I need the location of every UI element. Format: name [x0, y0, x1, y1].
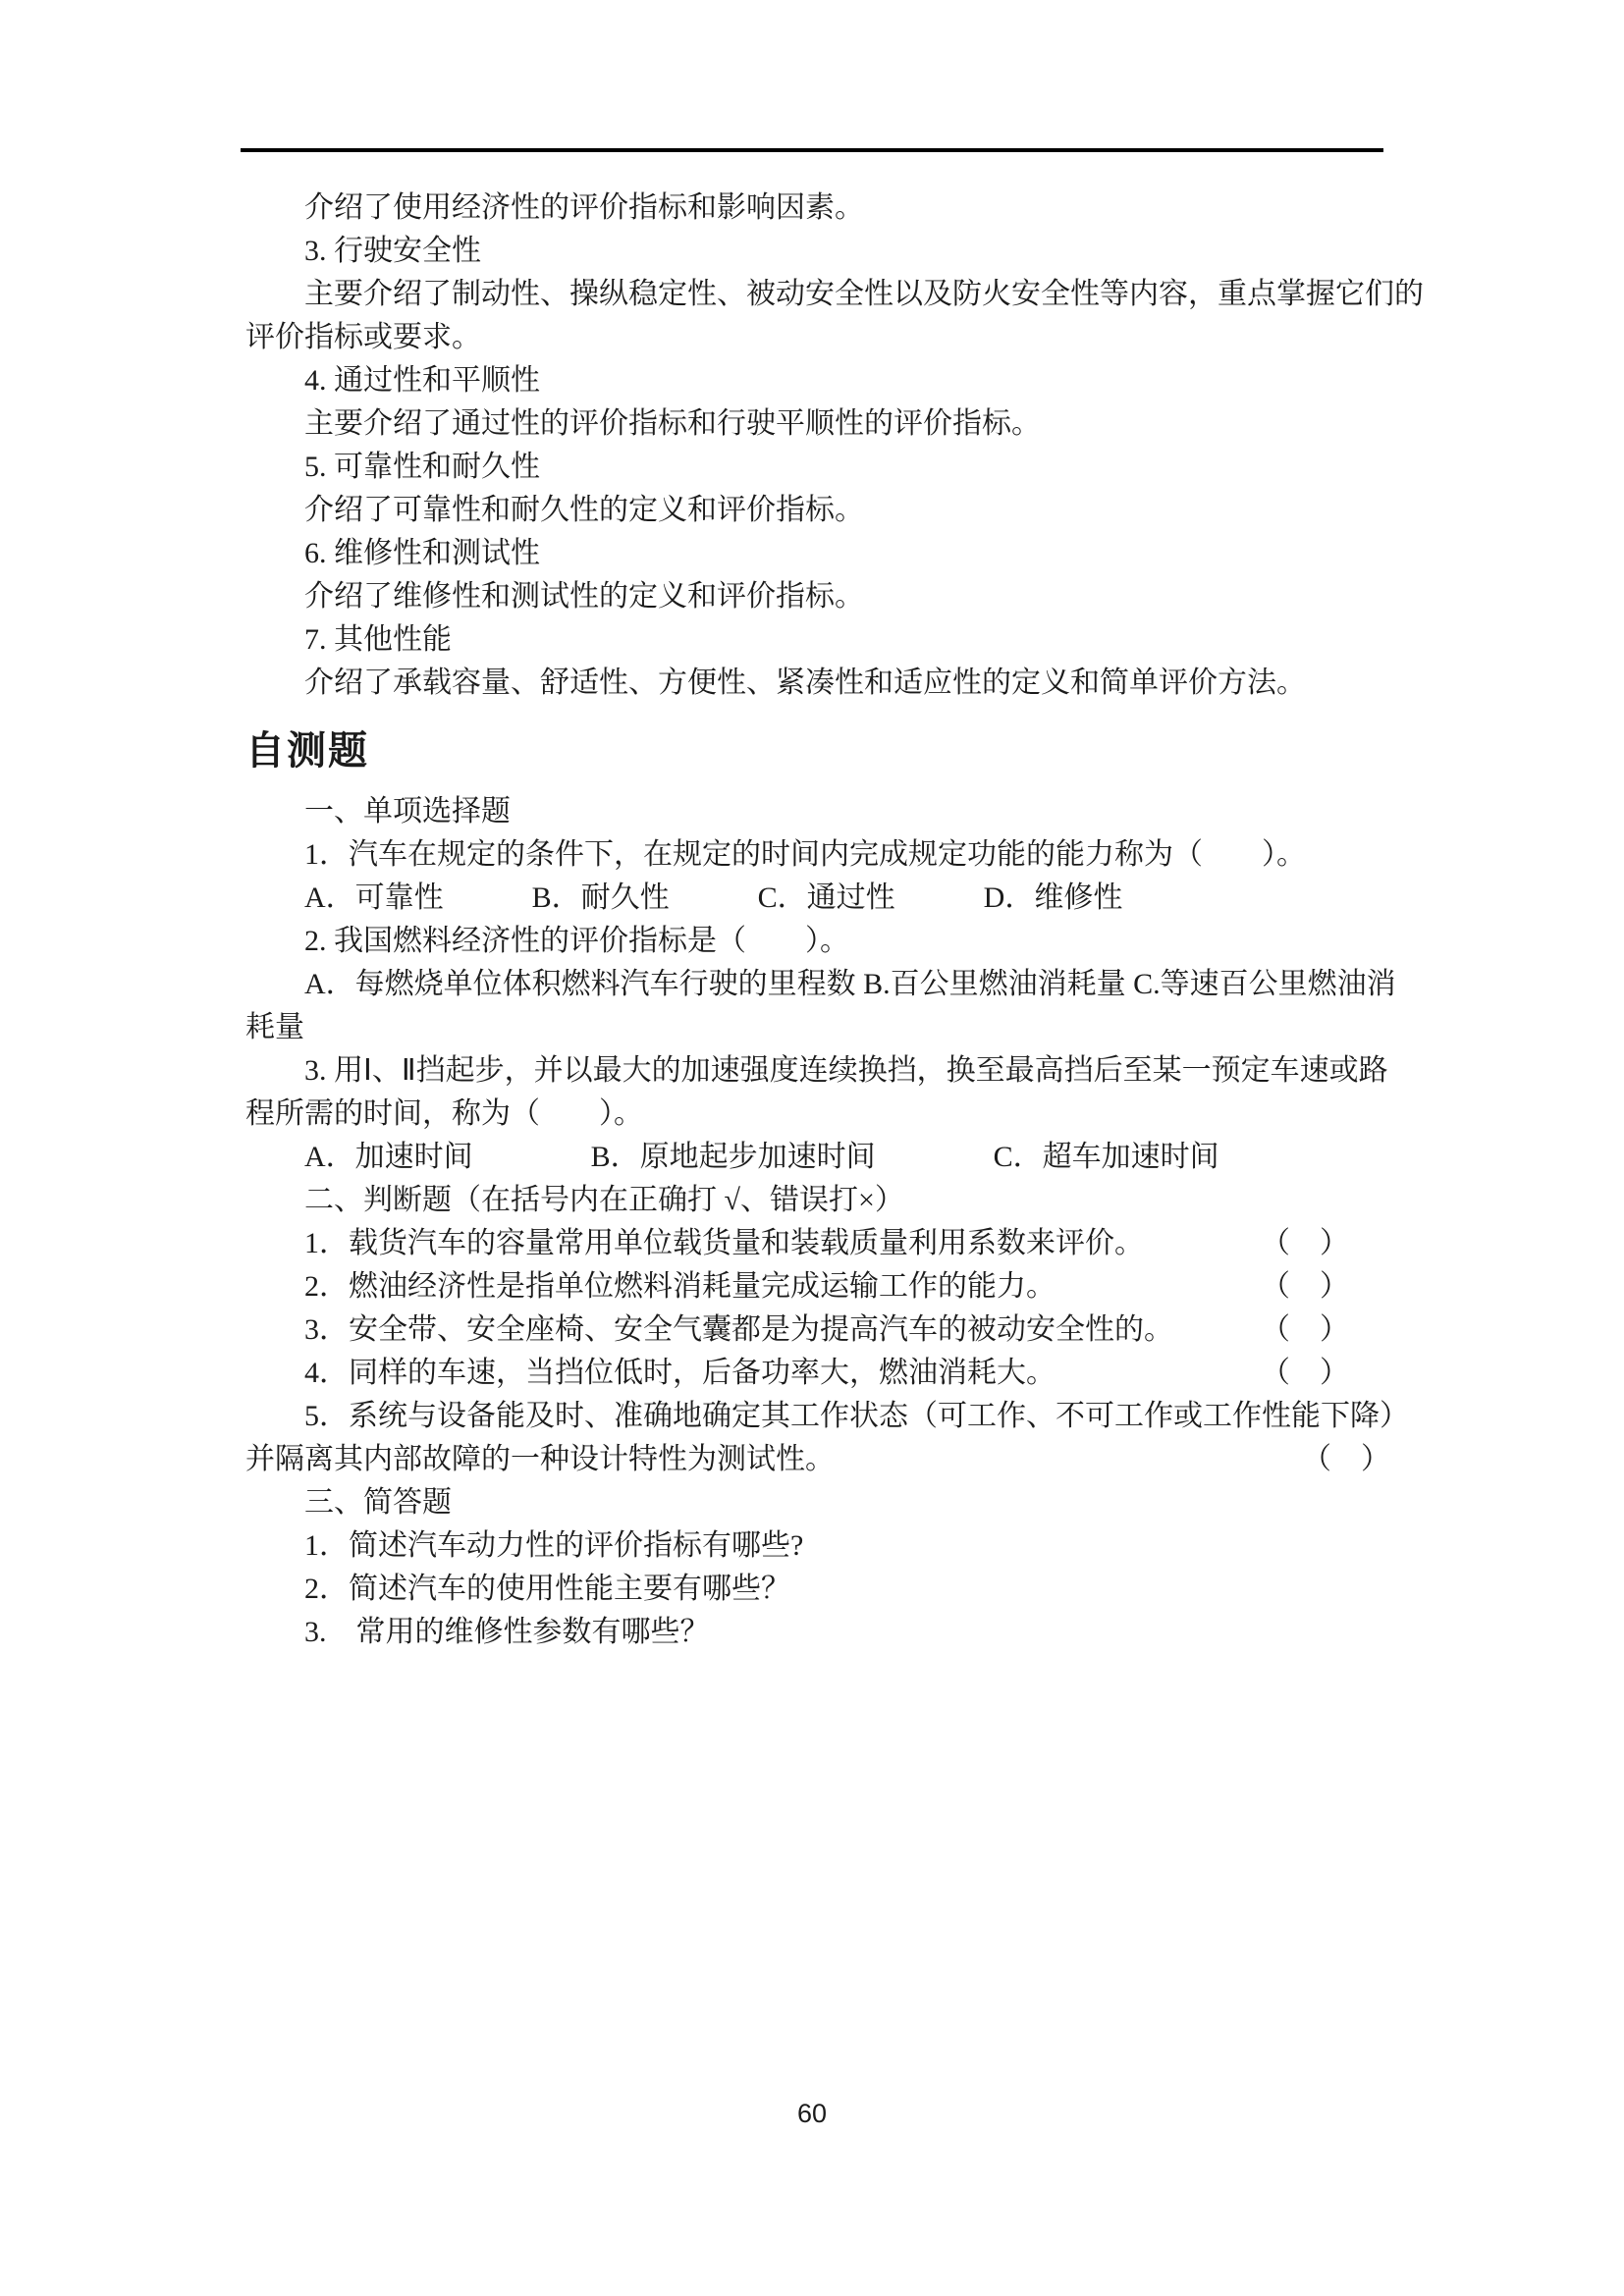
- line-text: 5. 可靠性和耐久性: [304, 446, 540, 489]
- line-text: 3. 常用的维修性参数有哪些？: [304, 1611, 710, 1654]
- line-text: 3. 行驶安全性: [304, 230, 481, 273]
- text-line: 4. 通过性和平顺性: [245, 359, 1398, 402]
- line-text: A．每燃烧单位体积燃料汽车行驶的里程数 B.百公里燃油消耗量 C.等速百公里燃油…: [304, 963, 1396, 1006]
- text-line: 3. 行驶安全性: [245, 230, 1398, 273]
- line-text: 1．简述汽车动力性的评价指标有哪些?: [304, 1524, 803, 1568]
- text-line: 5. 可靠性和耐久性: [245, 446, 1398, 489]
- text-line: A．加速时间 B．原地起步加速时间 C．超车加速时间: [245, 1136, 1398, 1179]
- text-line: 1．载货汽车的容量常用单位载货量和装载质量利用系数来评价。（ ）: [245, 1222, 1398, 1265]
- line-text: 程所需的时间，称为（ ）。: [245, 1093, 643, 1136]
- text-line: 1．汽车在规定的条件下，在规定的时间内完成规定功能的能力称为（ ）。: [245, 833, 1398, 877]
- answer-blank: （ ）: [1302, 1438, 1390, 1481]
- line-text: 并隔离其内部故障的一种设计特性为测试性。: [245, 1438, 835, 1481]
- text-line: 耗量: [245, 1006, 1398, 1049]
- line-text: 4．同样的车速，当挡位低时，后备功率大，燃油消耗大。: [304, 1352, 1056, 1395]
- line-text: 5．系统与设备能及时、准确地确定其工作状态（可工作、不可工作或工作性能下降）: [304, 1395, 1409, 1438]
- line-text: 2．简述汽车的使用性能主要有哪些？: [304, 1568, 790, 1611]
- line-text: 介绍了维修性和测试性的定义和评价指标。: [304, 575, 864, 618]
- text-line: 6. 维修性和测试性: [245, 532, 1398, 575]
- page-number: 60: [0, 2099, 1624, 2129]
- line-text: 1．汽车在规定的条件下，在规定的时间内完成规定功能的能力称为（ ）。: [304, 833, 1306, 877]
- text-line: 二、判断题（在括号内在正确打 √、错误打×）: [245, 1179, 1398, 1222]
- text-line: 7. 其他性能: [245, 618, 1398, 662]
- text-line: 1．简述汽车动力性的评价指标有哪些?: [245, 1524, 1398, 1568]
- text-line: A．可靠性 B．耐久性 C．通过性 D．维修性: [245, 877, 1398, 920]
- text-line: 一、单项选择题: [245, 790, 1398, 833]
- text-line: 介绍了使用经济性的评价指标和影响因素。: [245, 187, 1398, 230]
- answer-blank: （ ）: [1261, 1352, 1349, 1395]
- line-text: 主要介绍了通过性的评价指标和行驶平顺性的评价指标。: [304, 402, 1041, 446]
- line-text: 2. 我国燃料经济性的评价指标是（ ）。: [304, 920, 849, 963]
- line-text: 3．安全带、安全座椅、安全气囊都是为提高汽车的被动安全性的。: [304, 1308, 1173, 1352]
- text-line: A．每燃烧单位体积燃料汽车行驶的里程数 B.百公里燃油消耗量 C.等速百公里燃油…: [245, 963, 1398, 1006]
- text-line: 程所需的时间，称为（ ）。: [245, 1093, 1398, 1136]
- page-content: 介绍了使用经济性的评价指标和影响因素。3. 行驶安全性主要介绍了制动性、操纵稳定…: [245, 187, 1398, 1654]
- line-text: 主要介绍了制动性、操纵稳定性、被动安全性以及防火安全性等内容，重点掌握它们的: [304, 273, 1424, 316]
- text-line: 2．燃油经济性是指单位燃料消耗量完成运输工作的能力。（ ）: [245, 1265, 1398, 1308]
- text-line: 并隔离其内部故障的一种设计特性为测试性。（ ）: [245, 1438, 1398, 1481]
- text-line: 4．同样的车速，当挡位低时，后备功率大，燃油消耗大。（ ）: [245, 1352, 1398, 1395]
- header-rule: [241, 148, 1383, 152]
- document-page: 介绍了使用经济性的评价指标和影响因素。3. 行驶安全性主要介绍了制动性、操纵稳定…: [0, 0, 1624, 2296]
- line-text: 介绍了承载容量、舒适性、方便性、紧凑性和适应性的定义和简单评价方法。: [304, 662, 1306, 705]
- quiz-section: 一、单项选择题1．汽车在规定的条件下，在规定的时间内完成规定功能的能力称为（ ）…: [245, 790, 1398, 1654]
- text-line: 3．安全带、安全座椅、安全气囊都是为提高汽车的被动安全性的。（ ）: [245, 1308, 1398, 1352]
- answer-blank: （ ）: [1261, 1308, 1349, 1352]
- text-line: 3. 常用的维修性参数有哪些？: [245, 1611, 1398, 1654]
- answer-blank: （ ）: [1261, 1222, 1349, 1265]
- line-text: 耗量: [245, 1006, 304, 1049]
- line-text: 3. 用Ⅰ、Ⅱ挡起步，并以最大的加速强度连续换挡，换至最高挡后至某一预定车速或路: [304, 1049, 1388, 1093]
- line-text: 介绍了可靠性和耐久性的定义和评价指标。: [304, 489, 864, 532]
- line-text: 1．载货汽车的容量常用单位载货量和装载质量利用系数来评价。: [304, 1222, 1144, 1265]
- text-line: 介绍了可靠性和耐久性的定义和评价指标。: [245, 489, 1398, 532]
- line-text: A．加速时间 B．原地起步加速时间 C．超车加速时间: [304, 1136, 1219, 1179]
- text-line: 三、简答题: [245, 1481, 1398, 1524]
- text-line: 介绍了维修性和测试性的定义和评价指标。: [245, 575, 1398, 618]
- line-text: 评价指标或要求。: [245, 316, 481, 359]
- line-text: A．可靠性 B．耐久性 C．通过性 D．维修性: [304, 877, 1122, 920]
- answer-blank: （ ）: [1261, 1265, 1349, 1308]
- line-text: 7. 其他性能: [304, 618, 452, 662]
- chapter-summary-section: 介绍了使用经济性的评价指标和影响因素。3. 行驶安全性主要介绍了制动性、操纵稳定…: [245, 187, 1398, 705]
- text-line: 2. 我国燃料经济性的评价指标是（ ）。: [245, 920, 1398, 963]
- self-test-heading: 自测题: [245, 723, 1398, 778]
- text-line: 评价指标或要求。: [245, 316, 1398, 359]
- text-line: 2．简述汽车的使用性能主要有哪些？: [245, 1568, 1398, 1611]
- line-text: 一、单项选择题: [304, 790, 511, 833]
- text-line: 主要介绍了制动性、操纵稳定性、被动安全性以及防火安全性等内容，重点掌握它们的: [245, 273, 1398, 316]
- line-text: 2．燃油经济性是指单位燃料消耗量完成运输工作的能力。: [304, 1265, 1056, 1308]
- line-text: 三、简答题: [304, 1481, 452, 1524]
- line-text: 二、判断题（在括号内在正确打 √、错误打×）: [304, 1179, 904, 1222]
- line-text: 6. 维修性和测试性: [304, 532, 540, 575]
- line-text: 4. 通过性和平顺性: [304, 359, 540, 402]
- text-line: 5．系统与设备能及时、准确地确定其工作状态（可工作、不可工作或工作性能下降）: [245, 1395, 1398, 1438]
- line-text: 介绍了使用经济性的评价指标和影响因素。: [304, 187, 864, 230]
- text-line: 介绍了承载容量、舒适性、方便性、紧凑性和适应性的定义和简单评价方法。: [245, 662, 1398, 705]
- text-line: 主要介绍了通过性的评价指标和行驶平顺性的评价指标。: [245, 402, 1398, 446]
- text-line: 3. 用Ⅰ、Ⅱ挡起步，并以最大的加速强度连续换挡，换至最高挡后至某一预定车速或路: [245, 1049, 1398, 1093]
